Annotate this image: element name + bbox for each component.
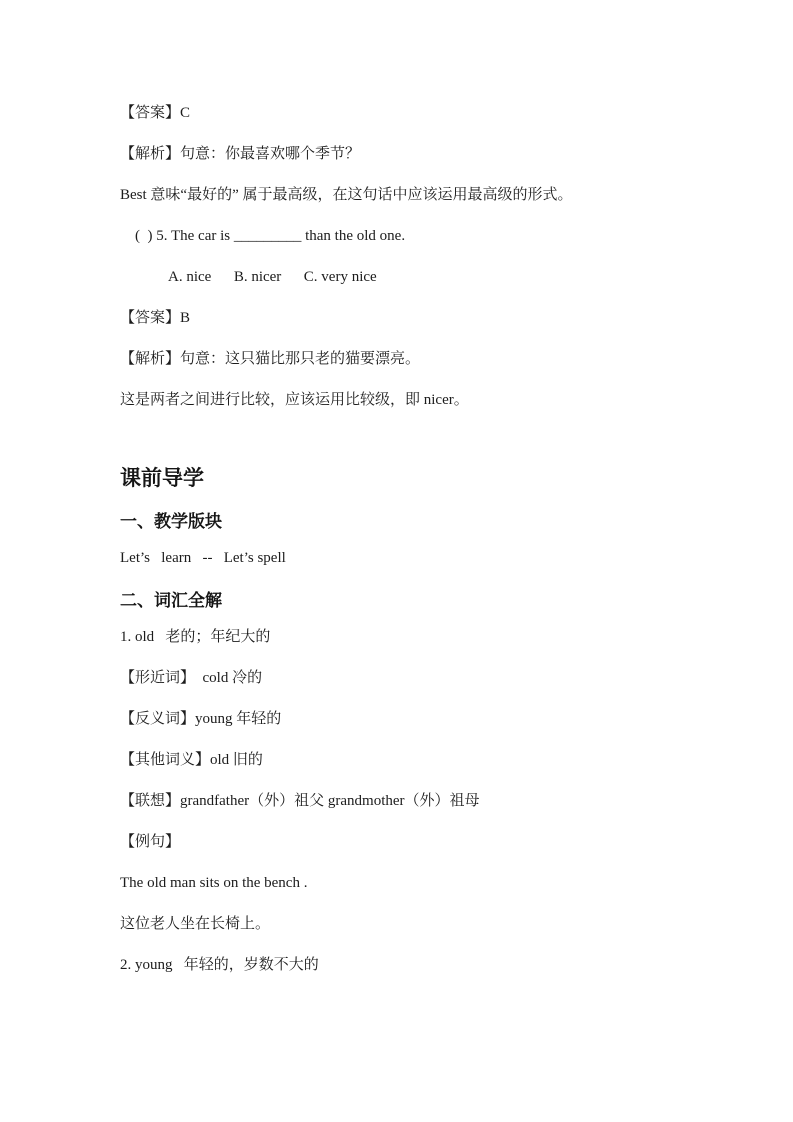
section-title-preclass: 课前导学: [120, 465, 663, 491]
vocab-example-label: 【例句】: [120, 833, 663, 852]
answer-line-q5: 【答案】B: [120, 309, 663, 328]
explanation-line-q5: 【解析】句意：这只猫比那只老的猫要漂亮。: [120, 350, 663, 369]
explanation-line-q4: 【解析】句意：你最喜欢哪个季节？: [120, 145, 663, 164]
answer-line-q4: 【答案】C: [120, 104, 663, 123]
explanation-note-q5: 这是两者之间进行比较，应该运用比较级，即 nicer。: [120, 391, 663, 410]
question-line-5: ( ) 5. The car is _________ than the old…: [120, 227, 663, 246]
vocab-other-meaning: 【其他词义】old 旧的: [120, 751, 663, 770]
vocab-entry-old: 1. old 老的；年纪大的: [120, 628, 663, 647]
teaching-units-content: Let’s learn -- Let’s spell: [120, 549, 663, 568]
explanation-note-q4: Best 意味“最好的” 属于最高级，在这句话中应该运用最高级的形式。: [120, 186, 663, 205]
subsection-teaching-units: 一、教学版块: [120, 511, 663, 533]
vocab-antonym: 【反义词】young 年轻的: [120, 710, 663, 729]
vocab-similar-word: 【形近词】 cold 冷的: [120, 669, 663, 688]
vocab-entry-young: 2. young 年轻的，岁数不大的: [120, 956, 663, 975]
options-line-5: A. nice B. nicer C. very nice: [120, 268, 663, 287]
vocab-example-sentence-en: The old man sits on the bench .: [120, 874, 663, 893]
subsection-vocabulary: 二、词汇全解: [120, 590, 663, 612]
vocab-association: 【联想】grandfather（外）祖父 grandmother（外）祖母: [120, 792, 663, 811]
document-page: 【答案】C 【解析】句意：你最喜欢哪个季节？ Best 意味“最好的” 属于最高…: [0, 0, 793, 1122]
vocab-example-sentence-zh: 这位老人坐在长椅上。: [120, 915, 663, 934]
